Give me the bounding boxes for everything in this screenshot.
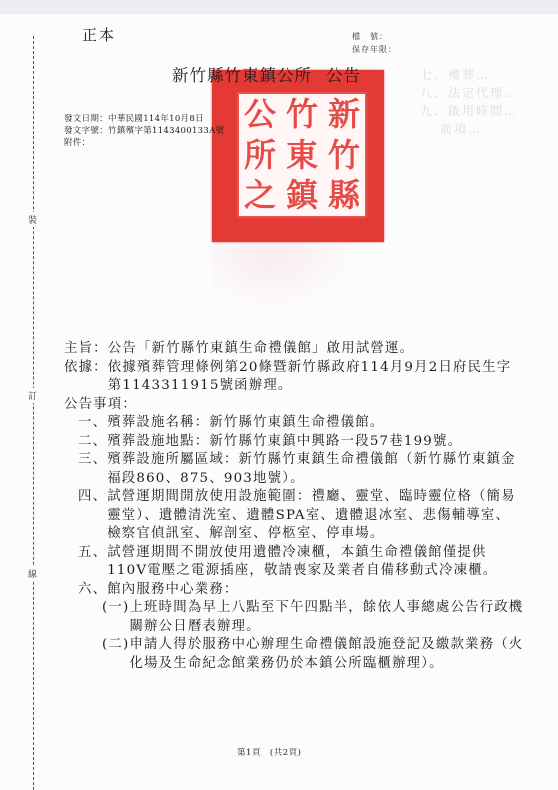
ghost-text-line: 九、啟用時間… <box>420 102 518 119</box>
ghost-text-line: 前項… <box>440 120 482 137</box>
item-number: 六、 <box>78 581 107 600</box>
copy-type-label: 正本 <box>82 24 116 45</box>
seal-char: 東 <box>281 135 323 176</box>
notice-item: 三、 殯葬設施所屬區域：新竹縣竹東鎮生命禮儀館（新竹縣竹東鎮金福段860、875… <box>64 451 524 488</box>
seal-char: 縣 <box>323 175 365 216</box>
seal-char: 公 <box>239 94 281 135</box>
page-number: 第1頁 (共2頁) <box>237 746 301 758</box>
seal-char: 竹 <box>323 135 365 176</box>
notice-item: 五、 試營運期間不開放使用遺體冷凍櫃，本鎮生命禮儀館僅提供110V電壓之電源插座… <box>64 544 524 581</box>
item-text: 殯葬設施名稱：新竹縣竹東鎮生命禮儀館。 <box>107 414 524 433</box>
document-type: 公告 <box>326 66 361 85</box>
basis-row: 依據： 依據殯葬管理條例第20條暨新竹縣政府114月9月2日府民生字第11433… <box>64 359 524 396</box>
retention-period-label: 保存年限： <box>352 44 397 55</box>
issue-date-value: 中華民國114年10月8日 <box>108 114 204 124</box>
sub-item-text: 上班時間為早上八點至下午四點半，餘依人事總處公告行政機關辦公日曆表辦理。 <box>129 599 524 636</box>
attachment-line: 附件： <box>64 136 90 148</box>
notice-item: 一、 殯葬設施名稱：新竹縣竹東鎮生命禮儀館。 <box>64 414 524 433</box>
notice-body: 主旨： 公告「新竹縣竹東鎮生命禮儀館」啟用試營運。 依據： 依據殯葬管理條例第2… <box>64 340 524 673</box>
scan-edge <box>0 0 558 14</box>
notice-sub-item: (一) 上班時間為早上八點至下午四點半，餘依人事總處公告行政機關辦公日曆表辦理。 <box>64 599 524 636</box>
sub-item-number: (一) <box>102 599 129 636</box>
issue-number-line: 發文字號：竹鎮殯字第1143400133A號 <box>64 124 224 136</box>
issue-date-label: 發文日期： <box>64 114 108 124</box>
item-number: 二、 <box>78 433 107 452</box>
seal-char: 所 <box>239 135 281 176</box>
issue-number-label: 發文字號： <box>64 126 108 136</box>
item-number: 三、 <box>78 451 107 488</box>
ghost-text-line: 八、法定代理… <box>420 84 518 101</box>
items-heading-text: 公告事項： <box>64 396 137 415</box>
binding-line <box>33 36 34 790</box>
attachment-label: 附件： <box>64 138 90 148</box>
sub-item-text: 申請人得於服務中心辦理生命禮儀館設施登記及繳款業務（火化場及生命紀念館業務仍於本… <box>129 636 524 673</box>
subject-label: 主旨： <box>64 340 108 359</box>
items-heading: 公告事項： <box>64 396 524 415</box>
subject-text: 公告「新竹縣竹東鎮生命禮儀館」啟用試營運。 <box>108 340 524 359</box>
agency-name: 新竹縣竹東鎮公所 <box>172 66 312 85</box>
document-title: 新竹縣竹東鎮公所公告 <box>172 62 361 86</box>
binding-char-ding: 訂 <box>28 388 37 403</box>
seal-char: 之 <box>239 175 281 216</box>
basis-label: 依據： <box>64 359 108 396</box>
seal-ink-smudge <box>212 242 362 312</box>
basis-text: 依據殯葬管理條例第20條暨新竹縣政府114月9月2日府民生字第114331191… <box>108 359 524 396</box>
seal-char: 鎮 <box>281 175 323 216</box>
binding-char-xian: 線 <box>28 566 37 581</box>
notice-item: 六、 館內服務中心業務： <box>64 581 524 600</box>
notice-item: 四、 試營運期間開放使用設施範圍：禮廳、靈堂、臨時靈位格（簡易靈堂）、遺體清洗室… <box>64 488 524 544</box>
notice-item: 二、 殯葬設施地點：新竹縣竹東鎮中興路一段57巷199號。 <box>64 433 524 452</box>
item-text: 試營運期間開放使用設施範圍：禮廳、靈堂、臨時靈位格（簡易靈堂）、遺體清洗室、遺體… <box>107 488 524 544</box>
seal-char: 竹 <box>281 94 323 135</box>
item-number: 四、 <box>78 488 107 544</box>
notice-sub-item: (二) 申請人得於服務中心辦理生命禮儀館設施登記及繳款業務（火化場及生命紀念館業… <box>64 636 524 673</box>
issue-date-line: 發文日期：中華民國114年10月8日 <box>64 112 204 124</box>
item-text: 試營運期間不開放使用遺體冷凍櫃，本鎮生命禮儀館僅提供110V電壓之電源插座，敬請… <box>107 544 524 581</box>
sub-item-number: (二) <box>102 636 129 673</box>
item-number: 五、 <box>78 544 107 581</box>
item-text: 殯葬設施所屬區域：新竹縣竹東鎮生命禮儀館（新竹縣竹東鎮金福段860、875、90… <box>107 451 524 488</box>
item-text: 館內服務中心業務： <box>107 581 524 600</box>
subject-row: 主旨： 公告「新竹縣竹東鎮生命禮儀館」啟用試營運。 <box>64 340 524 359</box>
issue-number-value: 竹鎮殯字第1143400133A號 <box>108 126 224 136</box>
seal-character-grid: 新 竹 縣 竹 東 鎮 公 所 之 <box>237 92 367 218</box>
ghost-text-line: 七、殯葬… <box>420 66 490 83</box>
item-text: 殯葬設施地點：新竹縣竹東鎮中興路一段57巷199號。 <box>107 433 524 452</box>
item-number: 一、 <box>78 414 107 433</box>
file-number-label: 檔 號： <box>352 31 388 42</box>
official-seal: 新 竹 縣 竹 東 鎮 公 所 之 <box>212 70 384 242</box>
seal-char: 新 <box>323 94 365 135</box>
binding-char-zhuang: 裝 <box>28 212 37 227</box>
document-page: 正本 檔 號： 保存年限： 裝 訂 線 七、殯葬… 八、法定代理… 九、啟用時間… <box>0 0 558 790</box>
